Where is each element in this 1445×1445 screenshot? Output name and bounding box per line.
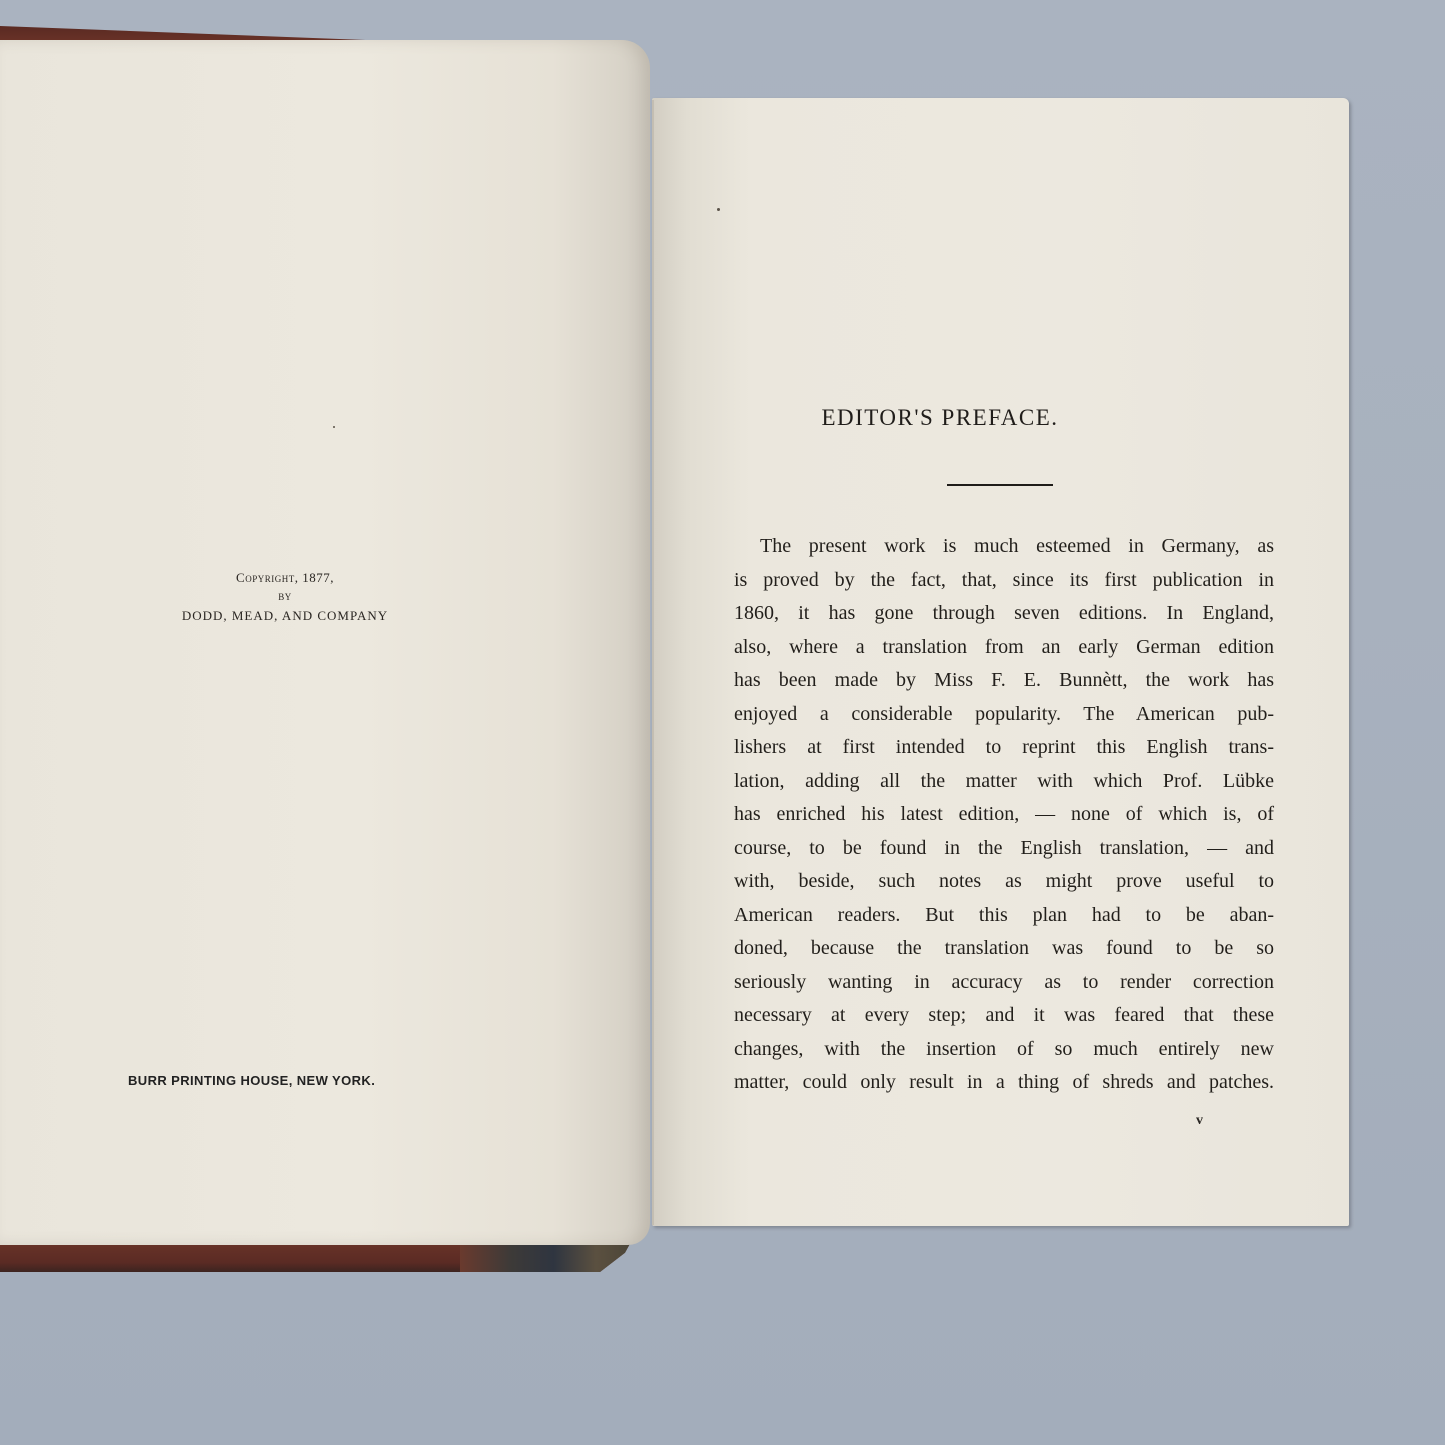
title-rule-divider: [947, 484, 1053, 486]
copyright-year: Copyright, 1877,: [150, 567, 420, 589]
body-line: has enriched his latest edition, — none …: [734, 798, 1274, 832]
body-line: is proved by the fact, that, since its f…: [734, 564, 1274, 598]
body-line: lation, adding all the matter with which…: [734, 765, 1274, 799]
body-line: doned, because the translation was found…: [734, 932, 1274, 966]
body-line: has been made by Miss F. E. Bunnètt, the…: [734, 664, 1274, 698]
body-line: also, where a translation from an early …: [734, 631, 1274, 665]
body-line: lishers at first intended to reprint thi…: [734, 731, 1274, 765]
paper-speck: [717, 208, 720, 211]
copyright-publisher: Dodd, Mead, and Company: [150, 605, 420, 627]
body-line: with, beside, such notes as might prove …: [734, 865, 1274, 899]
body-line: necessary at every step; and it was fear…: [734, 999, 1274, 1033]
body-line: matter, could only result in a thing of …: [734, 1066, 1274, 1100]
paper-speck: [333, 426, 335, 428]
body-line: seriously wanting in accuracy as to rend…: [734, 966, 1274, 1000]
copyright-by: by: [150, 589, 420, 605]
preface-body: The present work is much esteemed in Ger…: [734, 530, 1274, 1100]
printer-imprint: BURR PRINTING HOUSE, NEW YORK.: [128, 1073, 375, 1088]
book-gutter: [652, 100, 654, 1225]
left-page: [0, 40, 650, 1245]
body-line: enjoyed a considerable popularity. The A…: [734, 698, 1274, 732]
copyright-notice: Copyright, 1877, by Dodd, Mead, and Comp…: [150, 567, 420, 627]
body-line: 1860, it has gone through seven editions…: [734, 597, 1274, 631]
body-line: changes, with the insertion of so much e…: [734, 1033, 1274, 1067]
photo-scene: Copyright, 1877, by Dodd, Mead, and Comp…: [0, 0, 1445, 1445]
body-line: course, to be found in the English trans…: [734, 832, 1274, 866]
body-line: The present work is much esteemed in Ger…: [734, 530, 1274, 564]
page-number: v: [1196, 1113, 1203, 1129]
body-line: American readers. But this plan had to b…: [734, 899, 1274, 933]
preface-title: EDITOR'S PREFACE.: [660, 405, 1220, 431]
